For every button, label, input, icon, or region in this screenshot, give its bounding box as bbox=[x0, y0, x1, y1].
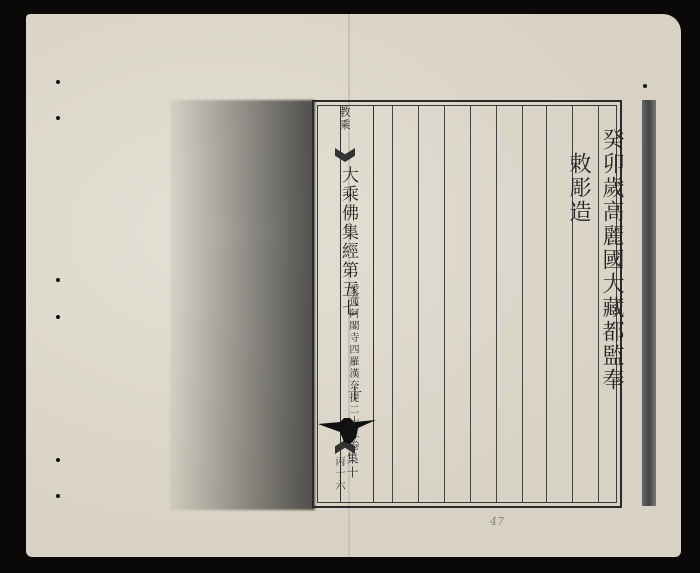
colophon-line-1: 癸卯歲高麗國大藏都監奉 bbox=[596, 128, 627, 392]
spine-small-text: 愛蓮阿閣寺四羅漢奈提二十三卷 bbox=[345, 284, 360, 452]
ink-rubbing-smudge bbox=[170, 100, 315, 510]
binding-hole bbox=[56, 315, 60, 319]
binding-hole bbox=[56, 278, 60, 282]
spine-bottom-small: 丙十六 bbox=[331, 456, 346, 492]
binding-hole bbox=[643, 84, 647, 88]
binding-hole bbox=[56, 80, 60, 84]
spine-bottom-mark: 集十 bbox=[344, 452, 361, 480]
spine-top-label: 教乘 bbox=[338, 106, 350, 132]
binding-hole bbox=[56, 116, 60, 120]
dark-edge-strip bbox=[642, 100, 656, 506]
binding-hole bbox=[56, 494, 60, 498]
binding-hole bbox=[56, 458, 60, 462]
colophon-line-2: 敕彫造 bbox=[563, 152, 594, 224]
pencil-page-note: 47 bbox=[490, 515, 504, 528]
spine-page-number: 十 bbox=[344, 386, 364, 402]
